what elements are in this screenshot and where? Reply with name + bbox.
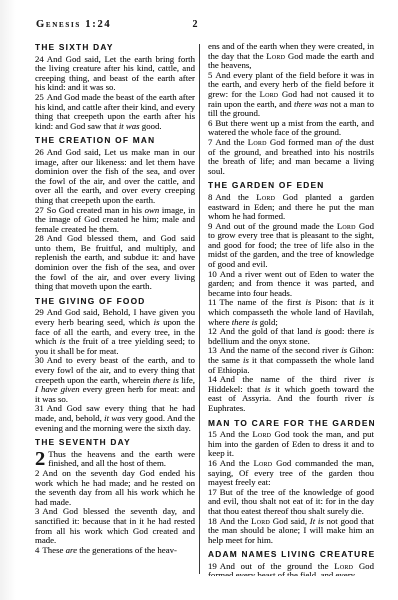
italic-term: there was — [294, 99, 328, 109]
section-heading: MAN TO CARE FOR THE GARDEN — [208, 419, 374, 429]
verse-paragraph: 9And out of the ground made the Lord God… — [208, 222, 374, 270]
verse-paragraph: 2And on the seventh day God ended his wo… — [35, 469, 195, 507]
verse-paragraph: 27So God created man in his own image, i… — [35, 206, 195, 235]
verse-number: 11 — [208, 297, 216, 307]
verse-paragraph: 10And a river went out of Eden to water … — [208, 270, 374, 299]
chapter-dropcap: 2 — [35, 451, 45, 467]
verse-number: 3 — [35, 506, 39, 516]
verse-paragraph: 26And God said, Let us make man in our i… — [35, 148, 195, 206]
verse-paragraph: 17But of the tree of the knowledge of go… — [208, 488, 374, 517]
verse-number: 7 — [208, 137, 212, 147]
section-heading: THE CREATION OF MAN — [35, 136, 195, 146]
verse-paragraph: 30And to every beast of the earth, and t… — [35, 356, 195, 404]
lord-smallcaps: Lord — [260, 89, 279, 99]
verse-number: 30 — [35, 355, 44, 365]
italic-term: is — [315, 326, 321, 336]
verse-number: 31 — [35, 403, 44, 413]
verse-number: 9 — [208, 221, 212, 231]
running-head-reference: Genesis 1:24 — [36, 19, 111, 30]
verse-number: 19 — [208, 561, 217, 571]
verse-paragraph: 31And God saw every thing that he had ma… — [35, 404, 195, 433]
section-heading: THE GIVING OF FOOD — [35, 297, 195, 307]
section-heading: THE SEVENTH DAY — [35, 438, 195, 448]
verse-number: 18 — [208, 516, 217, 526]
italic-term: there is — [232, 317, 258, 327]
verse-paragraph: 4These are the generations of the heav- — [35, 546, 195, 556]
verse-number: 8 — [208, 192, 212, 202]
verse-number: 14 — [208, 374, 217, 384]
italic-term: is — [243, 355, 249, 365]
verse-paragraph: 3And God blessed the seventh day, and sa… — [35, 507, 195, 545]
lord-smallcaps: Lord — [266, 51, 285, 61]
verse-number: 2 — [35, 468, 39, 478]
section-heading: THE SIXTH DAY — [35, 43, 195, 53]
text-columns: THE SIXTH DAY24And God said, Let the ear… — [35, 42, 374, 576]
bible-page: Genesis 1:24 2 THE SIXTH DAY24And God sa… — [0, 0, 398, 600]
page-edge-shadow — [0, 0, 16, 600]
verse-number: 17 — [208, 487, 217, 497]
italic-term: is — [368, 393, 374, 403]
verse-paragraph: 18And the Lord God said, It is not good … — [208, 517, 374, 546]
lord-smallcaps: Lord — [251, 516, 270, 526]
verse-number: 16 — [208, 458, 217, 468]
verse-paragraph: 19And out of the ground the Lord God for… — [208, 562, 374, 576]
italic-term: I have given — [35, 384, 80, 394]
section-heading: ADAM NAMES LIVING CREATURES — [208, 550, 374, 560]
italic-term: is — [359, 297, 365, 307]
verse-paragraph: 28And God blessed them, and God said unt… — [35, 234, 195, 292]
lord-smallcaps: Lord — [256, 192, 275, 202]
italic-term: is — [368, 374, 374, 384]
italic-term: is — [154, 317, 160, 327]
verse-paragraph: 13And the name of the second river is Gi… — [208, 346, 374, 375]
italic-term: of — [335, 137, 342, 147]
lord-smallcaps: Lord — [253, 458, 272, 468]
lord-smallcaps: Lord — [337, 221, 356, 231]
verse-number: 29 — [35, 307, 44, 317]
verse-paragraph: 5And every plant of the field before it … — [208, 71, 374, 119]
italic-term: is — [341, 345, 347, 355]
italic-term: it was — [104, 413, 125, 423]
verse-number: 12 — [208, 326, 217, 336]
verse-number: 27 — [35, 205, 44, 215]
italic-term: are — [66, 545, 77, 555]
italic-term: is — [368, 326, 374, 336]
verse-number: 13 — [208, 345, 217, 355]
left-column: THE SIXTH DAY24And God said, Let the ear… — [35, 42, 195, 576]
verse-paragraph: 11The name of the first is Pison: that i… — [208, 298, 374, 327]
verse-paragraph: 14And the name of the third river is Hid… — [208, 375, 374, 413]
italic-term: it was — [119, 121, 140, 131]
verse-paragraph: 7And the Lord God formed man of the dust… — [208, 138, 374, 176]
section-heading: THE GARDEN OF EDEN — [208, 181, 374, 191]
page-number: 2 — [184, 19, 206, 30]
chapter-paragraph: 2Thus the heavens and the earth were fin… — [35, 450, 195, 469]
verse-number: 5 — [208, 70, 212, 80]
italic-term: is — [265, 384, 271, 394]
italic-term: It is — [310, 516, 324, 526]
verse-paragraph: 8And the Lord God planted a garden eastw… — [208, 193, 374, 222]
lord-smallcaps: Lord — [334, 561, 353, 571]
lord-smallcaps: Lord — [252, 429, 271, 439]
verse-number: 24 — [35, 54, 44, 64]
continuation-paragraph: ens and of the earth when they were crea… — [208, 42, 374, 71]
verse-number: 10 — [208, 269, 217, 279]
verse-paragraph: 29And God said, Behold, I have given you… — [35, 308, 195, 356]
verse-number: 6 — [208, 118, 212, 128]
verse-number: 25 — [35, 92, 44, 102]
verse-paragraph: 6But there went up a mist from the earth… — [208, 119, 374, 138]
verse-number: 28 — [35, 233, 44, 243]
lord-smallcaps: Lord — [248, 137, 267, 147]
verse-paragraph: 12And the gold of that land is good: the… — [208, 327, 374, 346]
verse-paragraph: 25And God made the beast of the earth af… — [35, 93, 195, 131]
verse-paragraph: 16And the Lord God commanded the man, sa… — [208, 459, 374, 488]
italic-term: is — [305, 297, 311, 307]
italic-term: own — [145, 205, 160, 215]
verse-number: 15 — [208, 429, 217, 439]
verse-paragraph: 24And God said, Let the earth bring fort… — [35, 55, 195, 93]
italic-term: there is — [153, 375, 179, 385]
right-column: ens and of the earth when they were crea… — [208, 42, 374, 576]
verse-number: 26 — [35, 147, 44, 157]
verse-paragraph: 15And the Lord God took the man, and put… — [208, 430, 374, 459]
italic-term: is — [60, 336, 66, 346]
verse-number: 4 — [35, 545, 39, 555]
